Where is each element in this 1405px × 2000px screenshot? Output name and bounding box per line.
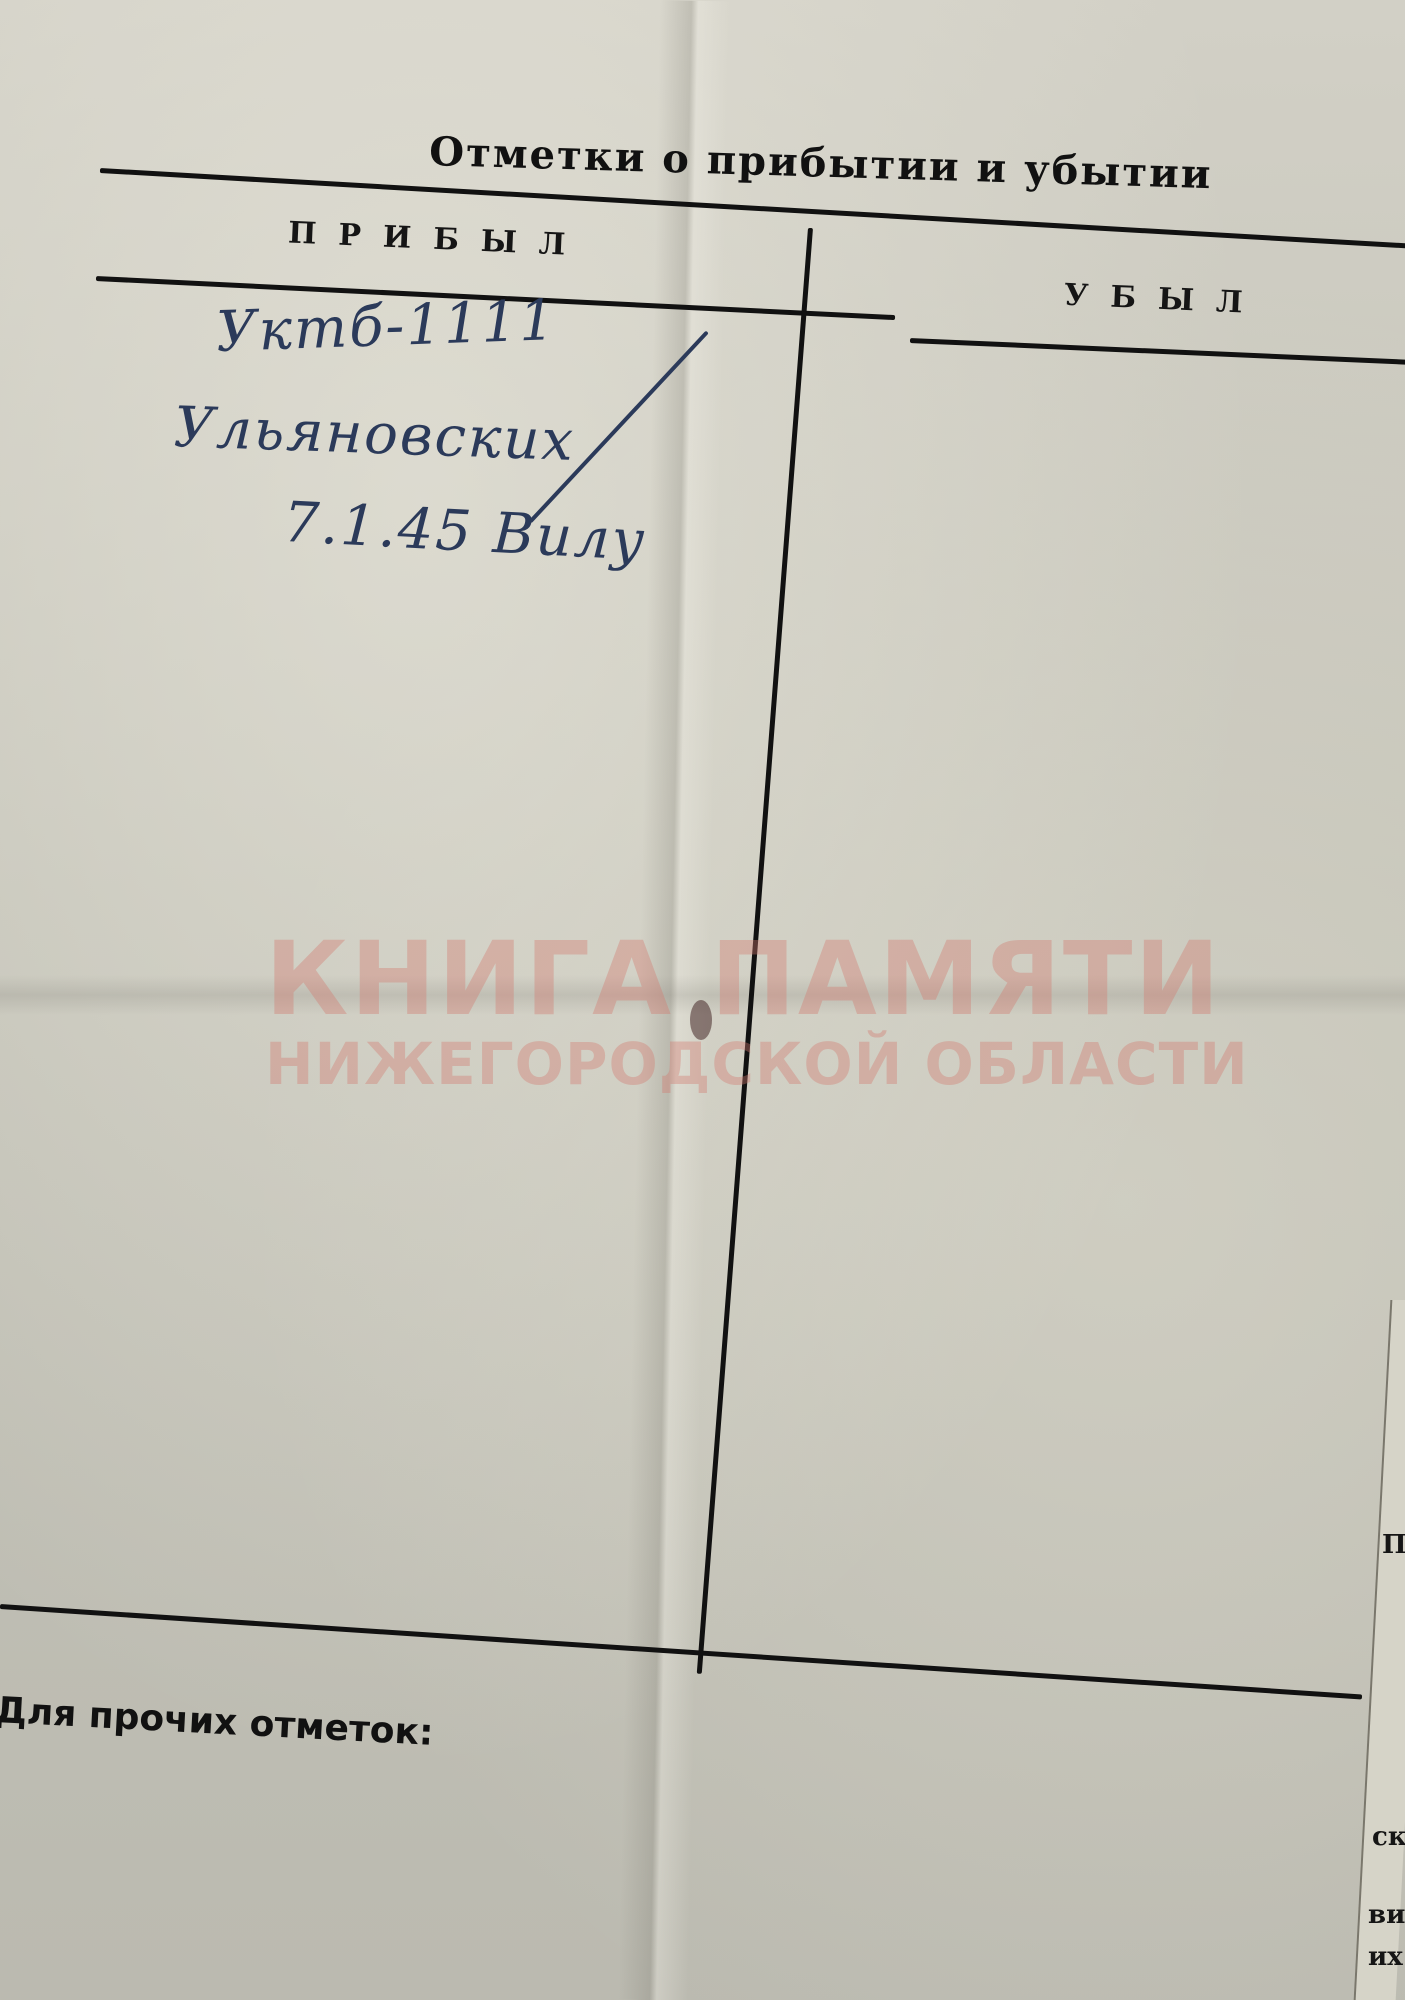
- edge-text-fragment-4: их: [1368, 1942, 1403, 1972]
- watermark-line-1: КНИГА ПАМЯТИ: [265, 920, 1222, 1039]
- edge-text-fragment-2: ск: [1372, 1822, 1405, 1852]
- watermark-line-2: НИЖЕГОРОДСКОЙ ОБЛАСТИ: [265, 1030, 1249, 1098]
- arrival-entry-line-1: Уктб-1111: [215, 288, 558, 365]
- edge-text-fragment-3: ви: [1368, 1900, 1405, 1930]
- edge-text-fragment-1: По: [1382, 1530, 1405, 1560]
